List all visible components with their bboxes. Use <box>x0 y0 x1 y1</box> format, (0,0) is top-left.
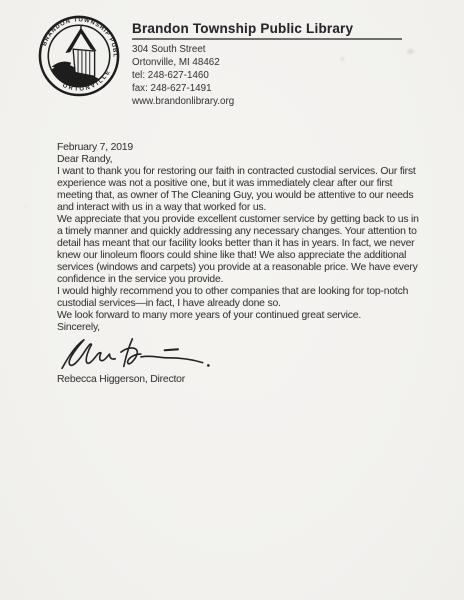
scan-artifact <box>341 57 344 61</box>
letterhead: BRANDON TOWNSHIP PUBLIC LIBRARY ORTONVIL… <box>38 12 402 108</box>
salutation: Dear Randy, <box>57 154 423 166</box>
letter-date: February 7, 2019 <box>57 142 423 154</box>
paragraph-1: I want to thank you for restoring our fa… <box>57 166 423 214</box>
closing: Sincerely, <box>57 322 423 334</box>
phone-line: tel: 248-627-1460 <box>132 69 402 82</box>
paragraph-3: I would highly recommend you to other co… <box>57 286 423 310</box>
website-line: www.brandonlibrary.org <box>132 95 402 108</box>
letter-body: February 7, 2019 Dear Randy, I want to t… <box>57 142 423 386</box>
letterhead-text: Brandon Township Public Library 304 Sout… <box>132 12 402 108</box>
library-seal-icon: BRANDON TOWNSHIP PUBLIC LIBRARY ORTONVIL… <box>38 12 120 98</box>
scan-artifact <box>24 205 27 208</box>
paragraph-4: We look forward to many more years of yo… <box>57 310 423 322</box>
address-street: 304 South Street <box>132 43 402 56</box>
address-city: Ortonville, MI 48462 <box>132 56 402 69</box>
signer-name: Rebecca Higgerson, Director <box>57 374 423 386</box>
fax-line: fax: 248-627-1491 <box>132 82 402 95</box>
letter-page: BRANDON TOWNSHIP PUBLIC LIBRARY ORTONVIL… <box>0 0 464 600</box>
signature-handwriting <box>55 336 223 374</box>
scan-artifact <box>407 49 414 54</box>
paragraph-2: We appreciate that you provide excellent… <box>57 214 423 286</box>
organization-name: Brandon Township Public Library <box>132 21 402 40</box>
